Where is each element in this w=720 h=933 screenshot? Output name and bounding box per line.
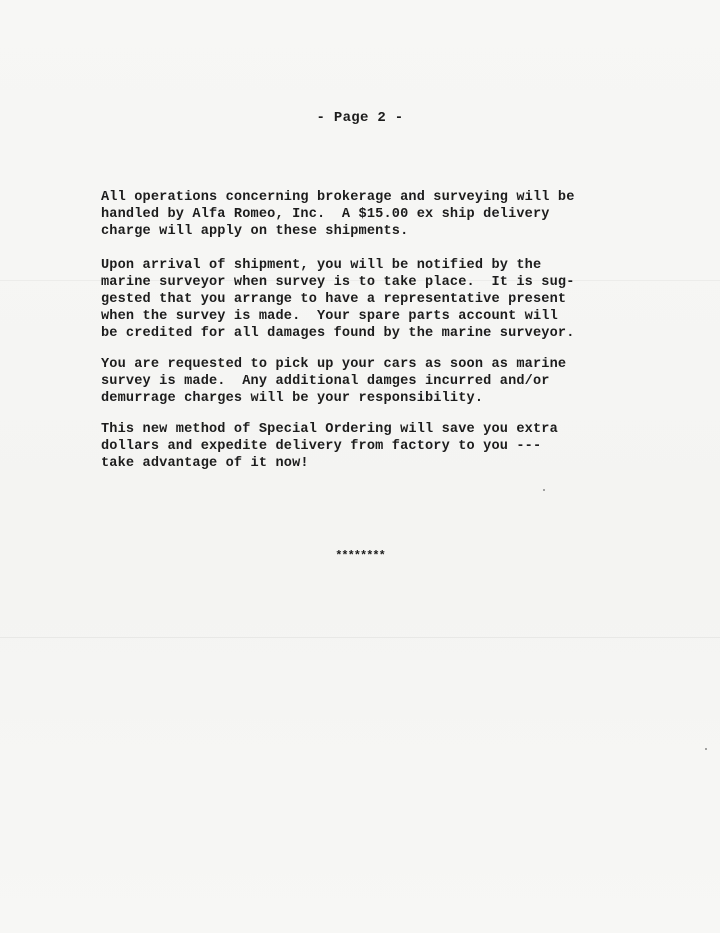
paragraph-pickup: You are requested to pick up your cars a… xyxy=(101,356,621,407)
paper-speck xyxy=(705,748,707,750)
text-line: demurrage charges will be your responsib… xyxy=(101,391,483,406)
document-page: - Page 2 - All operations concerning bro… xyxy=(0,0,720,933)
paragraph-brokerage: All operations concerning brokerage and … xyxy=(101,189,621,240)
text-line: be credited for all damages found by the… xyxy=(101,326,575,341)
text-line: dollars and expedite delivery from facto… xyxy=(101,439,541,454)
paragraph-survey: Upon arrival of shipment, you will be no… xyxy=(101,257,621,342)
text-line: take advantage of it now! xyxy=(101,456,309,471)
paper-fold-line xyxy=(0,637,720,638)
text-line: handled by Alfa Romeo, Inc. A $15.00 ex … xyxy=(101,207,550,222)
closing-asterisks: ******** xyxy=(0,549,720,563)
text-line: charge will apply on these shipments. xyxy=(101,224,408,239)
paper-speck xyxy=(543,489,545,491)
text-line: when the survey is made. Your spare part… xyxy=(101,309,558,324)
text-line: You are requested to pick up your cars a… xyxy=(101,357,566,372)
text-line: survey is made. Any additional damges in… xyxy=(101,374,550,389)
text-line: Upon arrival of shipment, you will be no… xyxy=(101,258,541,273)
paragraph-special-ordering: This new method of Special Ordering will… xyxy=(101,421,621,472)
page-number-header: - Page 2 - xyxy=(0,110,720,126)
text-line: gested that you arrange to have a repres… xyxy=(101,292,566,307)
text-line: This new method of Special Ordering will… xyxy=(101,422,558,437)
text-line: marine surveyor when survey is to take p… xyxy=(101,275,575,290)
text-line: All operations concerning brokerage and … xyxy=(101,190,575,205)
